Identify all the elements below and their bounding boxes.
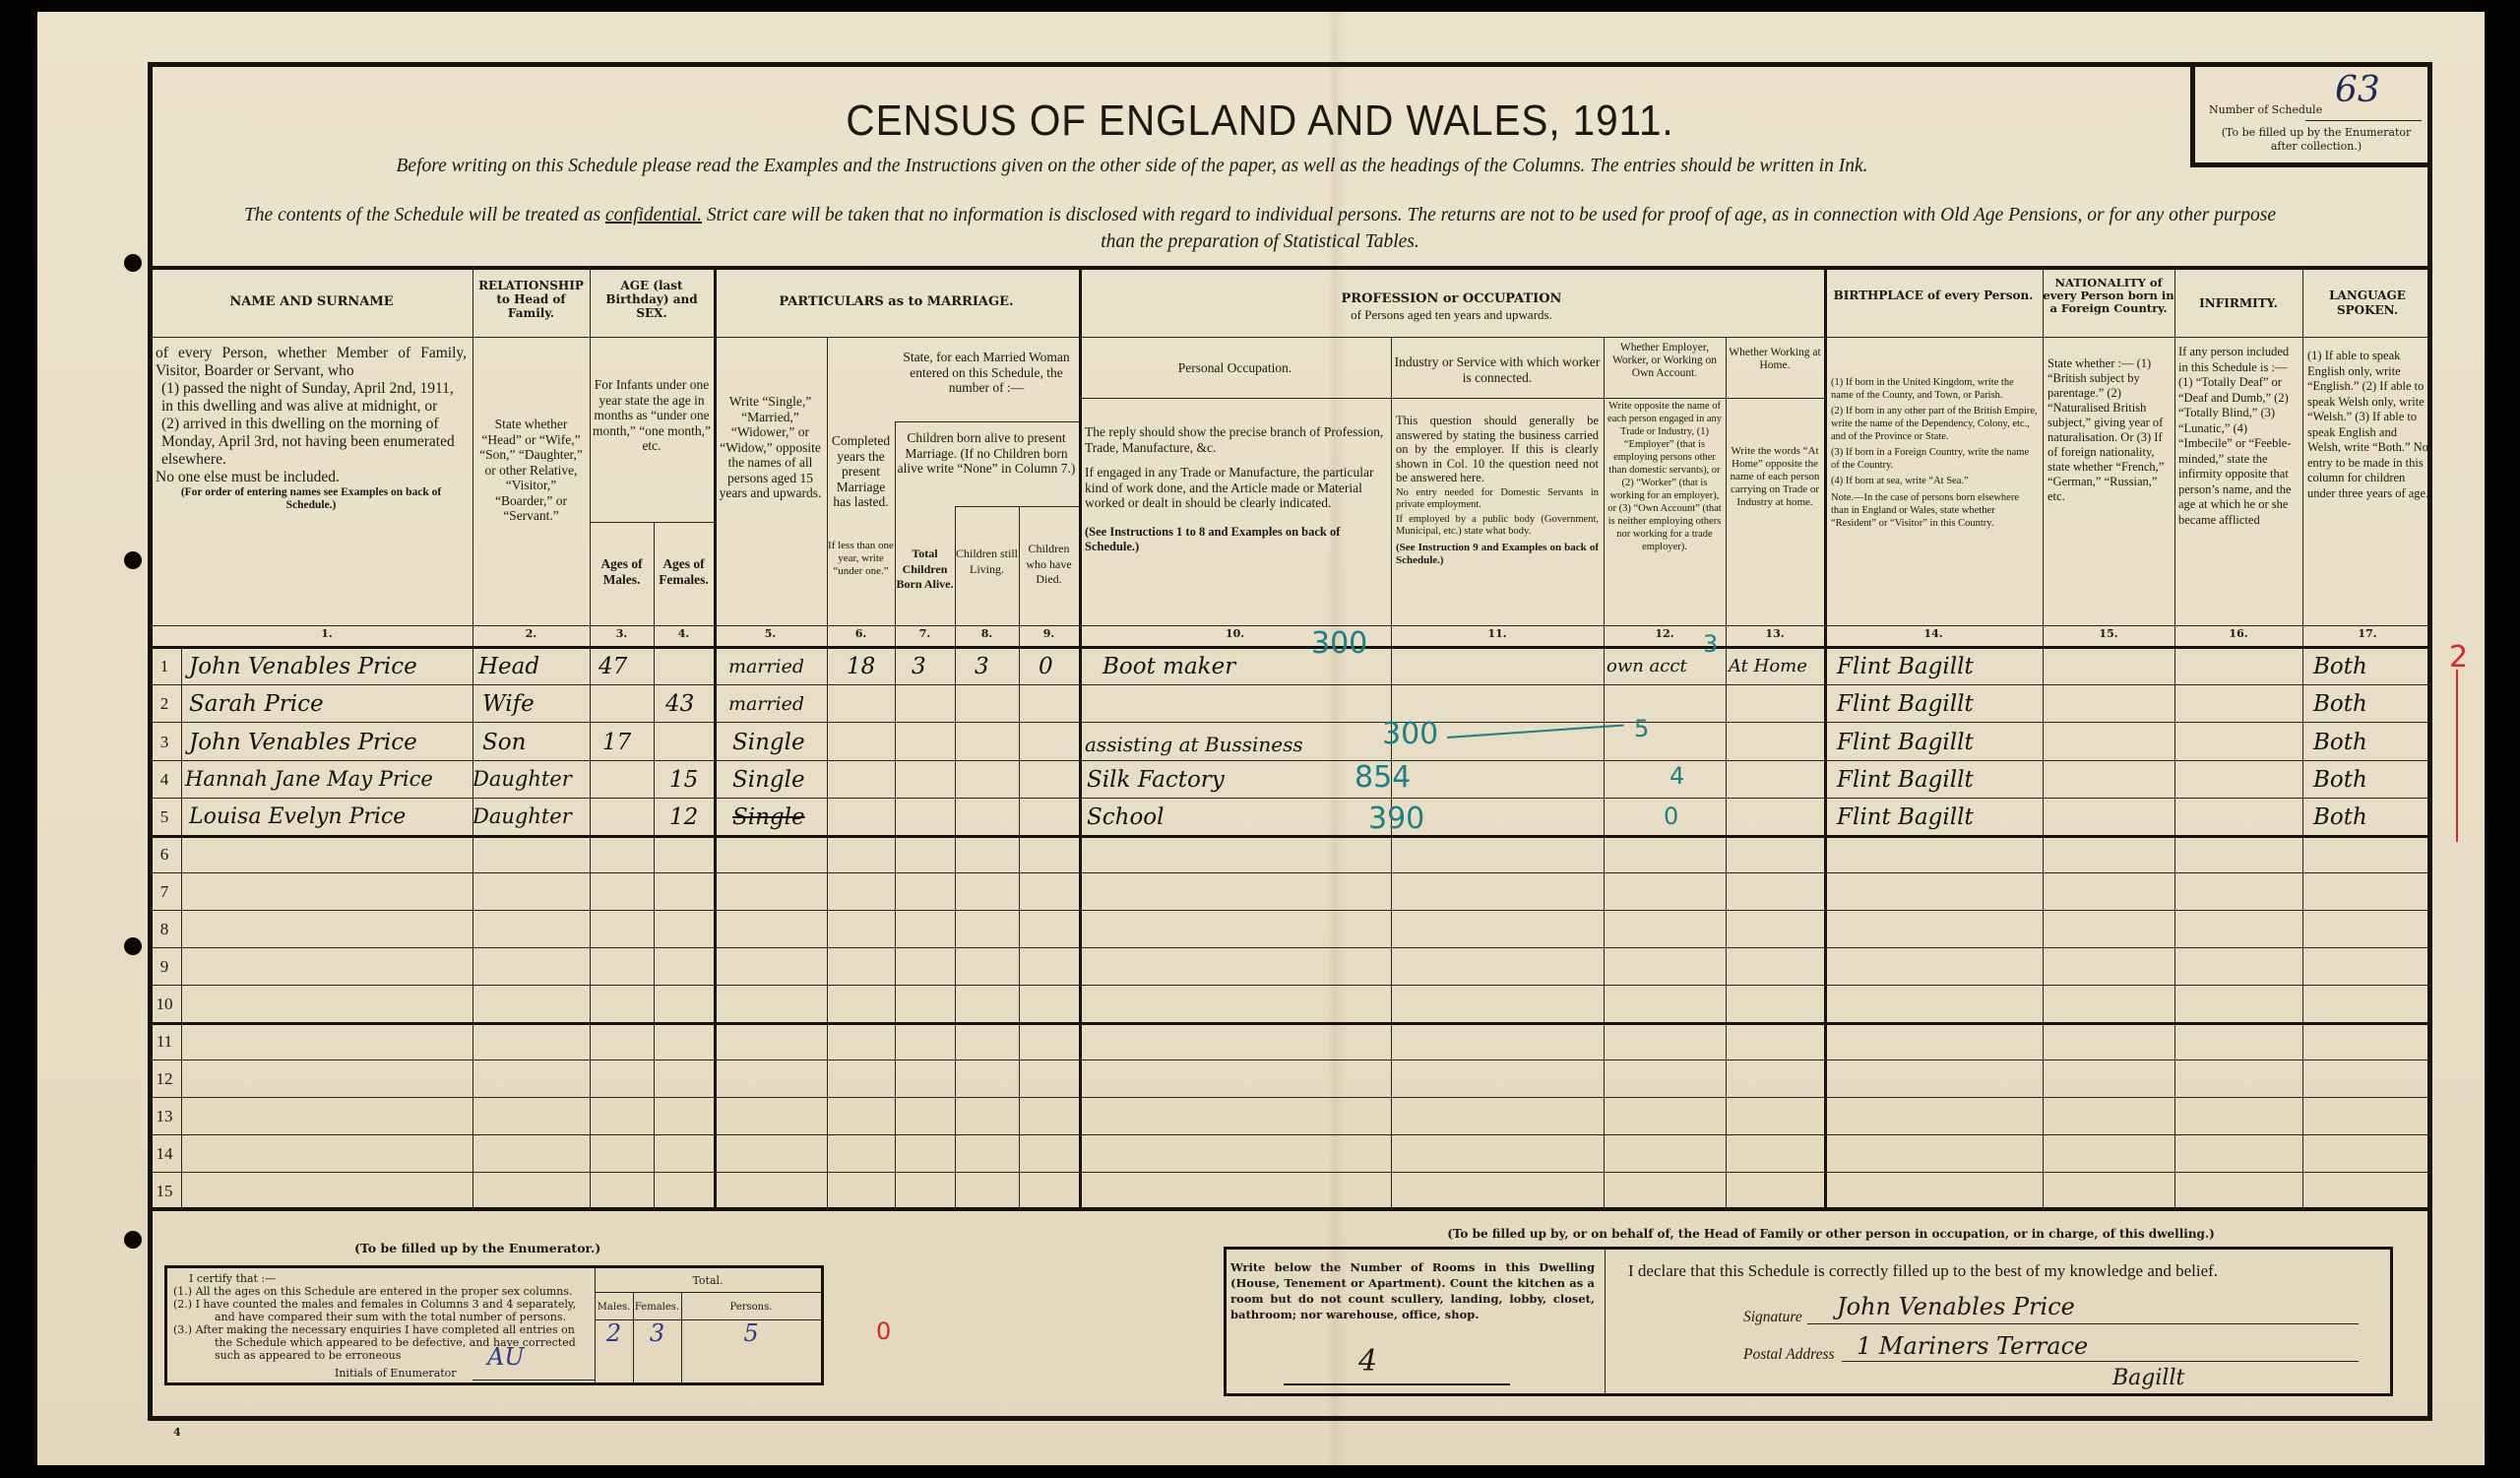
colnum-9: 9. — [1019, 627, 1079, 640]
males-label: Males. — [595, 1301, 633, 1314]
colnum-4: 4. — [654, 627, 714, 640]
desc-language: (1) If able to speak English only, write… — [2307, 349, 2429, 501]
cell-name[interactable]: Sarah Price — [189, 691, 324, 717]
cell-occupation[interactable]: Boot maker — [1102, 654, 1235, 679]
occupation-code: 390 — [1368, 802, 1424, 836]
cell-children-died[interactable]: 0 — [1039, 654, 1053, 679]
cell-age-female[interactable]: 43 — [665, 691, 694, 717]
row-line — [151, 1060, 2432, 1060]
colnum-6: 6. — [827, 627, 895, 640]
colnum-13: 13. — [1726, 627, 1824, 640]
col-line — [895, 421, 896, 1209]
cell-marriage[interactable]: Single — [732, 767, 805, 793]
row-line — [151, 910, 2432, 911]
cell-age-male[interactable]: 47 — [598, 654, 627, 679]
occupation-code: 300 — [1311, 626, 1367, 661]
cell-language[interactable]: Both — [2313, 730, 2367, 755]
desc-occupation: The reply should show the precise branch… — [1085, 424, 1385, 555]
females-label: Females. — [633, 1301, 681, 1314]
row-number: 13 — [150, 1107, 179, 1126]
cell-employment[interactable]: own acct — [1606, 656, 1687, 676]
colnum-5: 5. — [714, 627, 827, 640]
row-line — [151, 947, 2432, 948]
sub-at-home: Whether Working at Home. — [1726, 347, 1824, 372]
address-value-line2[interactable]: Bagillt — [2112, 1366, 2184, 1390]
total-males[interactable]: 2 — [595, 1327, 633, 1340]
cell-birthplace[interactable]: Flint Bagillt — [1837, 767, 1974, 793]
col-line — [2043, 266, 2044, 1209]
row-number: 2 — [150, 694, 179, 714]
row-line — [151, 1134, 2432, 1135]
head-section-heading: (To be filled up by, or on behalf of, th… — [1240, 1227, 2422, 1241]
cell-language[interactable]: Both — [2313, 804, 2367, 830]
cell-birthplace[interactable]: Flint Bagillt — [1837, 804, 1974, 830]
cell-relationship[interactable]: Son — [482, 730, 526, 755]
cell-occupation[interactable]: School — [1087, 804, 1165, 830]
desc-at-home: Write the words “At Home” opposite the n… — [1728, 445, 1822, 509]
row-number: 4 — [150, 770, 179, 790]
confidential-text-2: Strict care will be taken that no inform… — [702, 205, 2276, 225]
signature-label: Signature — [1743, 1309, 1802, 1326]
colnum-1: 1. — [181, 627, 472, 640]
cell-age-male[interactable]: 17 — [602, 730, 631, 755]
punch-hole — [124, 1231, 142, 1249]
total-label: Total. — [595, 1274, 821, 1287]
row-line — [151, 872, 2432, 873]
instruction-line: Before writing on this Schedule please r… — [148, 156, 2116, 177]
rooms-declaration-box: Write below the Number of Rooms in this … — [1224, 1247, 2393, 1396]
cell-language[interactable]: Both — [2313, 691, 2367, 717]
children-sub-divider — [955, 506, 1079, 507]
initials-value[interactable]: AU — [487, 1351, 525, 1364]
col-line — [590, 266, 591, 1209]
row-line — [151, 722, 2432, 723]
confidential-text: The contents of the Schedule will be tre… — [244, 205, 605, 225]
colnum-2: 2. — [472, 627, 590, 640]
heading-birthplace: BIRTHPLACE of every Person. — [1824, 289, 2043, 303]
cell-language[interactable]: Both — [2313, 654, 2367, 679]
col-line — [1824, 266, 1827, 1209]
row-line — [151, 985, 2432, 986]
schedule-number-label: Number of Schedule — [2209, 103, 2322, 116]
punch-hole — [124, 937, 142, 955]
row-line — [151, 684, 2432, 685]
desc-industry: This question should generally be answer… — [1396, 414, 1599, 567]
colnum-top — [151, 625, 2432, 626]
cell-birthplace[interactable]: Flint Bagillt — [1837, 730, 1974, 755]
sub-industry: Industry or Service with which worker is… — [1391, 354, 1604, 385]
cell-marriage[interactable]: married — [728, 693, 804, 715]
page-title: CENSUS OF ENGLAND AND WALES, 1911. — [100, 96, 2419, 146]
heading-name: NAME AND SURNAME — [151, 294, 472, 309]
sub-ages-males: Ages of Males. — [590, 556, 654, 587]
employment-code: 5 — [1634, 715, 1649, 742]
schedule-number-line — [2305, 120, 2422, 121]
colnum-17: 17. — [2302, 627, 2432, 640]
row-number: 8 — [150, 920, 179, 939]
total-females[interactable]: 3 — [633, 1327, 681, 1340]
age-sub-divider — [590, 522, 714, 523]
cell-name[interactable]: Louisa Evelyn Price — [189, 804, 406, 829]
desc-birthplace: (1) If born in the United Kingdom, write… — [1831, 376, 2038, 530]
red-margin-line — [2456, 670, 2458, 842]
desc-name: of every Person, whether Member of Famil… — [156, 345, 467, 512]
schedule-number-box: 63 Number of Schedule (To be filled up b… — [2190, 64, 2432, 167]
address-line — [1842, 1361, 2359, 1362]
row-line — [151, 1097, 2432, 1098]
cell-name[interactable]: John Venables Price — [189, 730, 417, 755]
rooms-instructions: Write below the Number of Rooms in this … — [1230, 1259, 1595, 1322]
cell-relationship[interactable]: Head — [478, 654, 539, 679]
cell-years-married[interactable]: 18 — [847, 654, 875, 679]
cell-age-female[interactable]: 12 — [669, 804, 698, 830]
col-line — [1079, 266, 1082, 1209]
occupation-code: 854 — [1354, 760, 1411, 795]
footer-mark: 4 — [173, 1426, 181, 1439]
col-line — [955, 506, 956, 1209]
cell-relationship[interactable]: Daughter — [472, 767, 572, 791]
row-line — [151, 1172, 2432, 1173]
heading-language: LANGUAGE SPOKEN. — [2302, 289, 2432, 318]
heading-occupation-sub: of Persons aged ten years and upwards. — [1079, 307, 1824, 323]
employment-code: 3 — [1703, 630, 1718, 658]
col-line — [181, 646, 182, 1209]
certify-item-3: (3.) After making the necessary enquirie… — [173, 1323, 575, 1336]
cell-birthplace[interactable]: Flint Bagillt — [1837, 691, 1974, 717]
heading-age: AGE (last Birthday) and SEX. — [590, 279, 714, 320]
total-persons[interactable]: 5 — [681, 1327, 821, 1340]
employment-code: 4 — [1669, 762, 1684, 790]
punch-hole — [124, 254, 142, 272]
colnum-7: 7. — [895, 627, 955, 640]
rooms-line — [1284, 1383, 1510, 1385]
desc-age: For Infants under one year state the age… — [592, 377, 712, 454]
occupation-code: 300 — [1382, 717, 1438, 751]
desc-years-married: Completed years the present Marriage has… — [828, 433, 894, 510]
cell-language[interactable]: Both — [2313, 767, 2367, 793]
marriage-sub-divider — [895, 421, 1079, 422]
cell-relationship[interactable]: Daughter — [472, 804, 572, 828]
punch-hole — [124, 551, 142, 569]
row-line — [151, 760, 2432, 761]
header-divider — [151, 337, 2432, 338]
row-number: 15 — [150, 1182, 179, 1201]
enumerator-heading: (To be filled up by the Enumerator.) — [354, 1241, 600, 1255]
col-line — [1019, 506, 1020, 1209]
certify-item-2b: and have compared their sum with the tot… — [215, 1311, 566, 1323]
schedule-number-value[interactable]: 63 — [2335, 70, 2380, 110]
cell-birthplace[interactable]: Flint Bagillt — [1837, 654, 1974, 679]
cell-children-living[interactable]: 3 — [975, 654, 989, 679]
row-number: 12 — [150, 1069, 179, 1089]
cell-marriage[interactable]: Single — [732, 730, 805, 755]
desc-married-woman: State, for each Married Woman entered on… — [896, 350, 1077, 396]
declaration-text: I declare that this Schedule is correctl… — [1628, 1261, 2218, 1281]
cell-occupation[interactable]: assisting at Bussiness — [1085, 733, 1303, 756]
cell-name[interactable]: Hannah Jane May Price — [185, 767, 433, 791]
colnum-15: 15. — [2043, 627, 2174, 640]
colnum-16: 16. — [2174, 627, 2302, 640]
cell-age-female[interactable]: 15 — [669, 767, 698, 793]
enumerator-certification-box: I certify that :— (1.) All the ages on t… — [164, 1265, 824, 1385]
heading-occupation: PROFESSION or OCCUPATION — [1079, 291, 1824, 306]
row-number: 14 — [150, 1144, 179, 1164]
desc-children-born: Children born alive to present Marriage.… — [896, 430, 1077, 477]
cell-name[interactable]: John Venables Price — [189, 654, 417, 679]
row-line — [151, 1022, 2432, 1025]
col-line — [1604, 337, 1605, 1209]
certify-item-3c: such as appeared to be erroneous — [215, 1349, 401, 1362]
initials-line — [472, 1380, 596, 1381]
persons-label: Persons. — [681, 1301, 821, 1314]
colnum-11: 11. — [1391, 627, 1604, 640]
colnum-8: 8. — [955, 627, 1019, 640]
red-margin-mark: 2 — [2449, 640, 2468, 675]
desc-years-married-small: If less than one year, write “under one.… — [828, 540, 894, 578]
rooms-value[interactable]: 4 — [1358, 1344, 1377, 1379]
desc-relationship: State whether “Head” or “Wife,” “Son,” “… — [475, 417, 587, 524]
schedule-number-note: (To be filled up by the Enumerator after… — [2209, 126, 2424, 154]
rooms-divider — [1605, 1250, 1606, 1393]
employment-code: 0 — [1664, 803, 1678, 830]
row-number: 7 — [150, 882, 179, 902]
cell-at-home[interactable]: At Home — [1729, 656, 1807, 676]
signature-value[interactable]: John Venables Price — [1837, 1293, 2075, 1320]
desc-infirmity: If any person included in this Schedule … — [2178, 345, 2299, 528]
totals-divider-h2 — [595, 1319, 821, 1320]
desc-nationality: State whether :— (1) “British subject by… — [2047, 356, 2170, 504]
address-label: Postal Address — [1743, 1346, 1835, 1364]
confidential-text-3: than the preparation of Statistical Tabl… — [1101, 231, 1419, 252]
cell-marriage[interactable]: married — [728, 656, 804, 677]
col-line — [1726, 337, 1727, 1209]
row-number: 6 — [150, 845, 179, 865]
row-number: 1 — [150, 657, 179, 676]
address-value-line1[interactable]: 1 Mariners Terrace — [1857, 1332, 2088, 1360]
red-zero-mark: 0 — [876, 1317, 891, 1345]
cell-marriage[interactable]: Single — [732, 804, 805, 830]
sub-total-children: Total Children Born Alive. — [896, 546, 954, 593]
row-number: 10 — [150, 995, 179, 1014]
row-number: 9 — [150, 957, 179, 977]
row-line — [151, 798, 2432, 799]
confidential-notice: The contents of the Schedule will be tre… — [157, 202, 2362, 255]
sub-ages-females: Ages of Females. — [654, 556, 714, 587]
heading-infirmity: INFIRMITY. — [2174, 296, 2302, 311]
certify-item-1: (1.) All the ages on this Schedule are e… — [173, 1285, 573, 1298]
sub-children-living: Children still Living. — [955, 546, 1019, 577]
heading-marriage: PARTICULARS as to MARRIAGE. — [714, 294, 1079, 309]
row-number: 11 — [150, 1032, 179, 1052]
totals-divider-h — [595, 1292, 821, 1293]
signature-line — [1807, 1323, 2359, 1324]
row-number: 3 — [150, 733, 179, 752]
sub-personal-occupation: Personal Occupation. — [1079, 360, 1391, 376]
col-line — [2174, 266, 2175, 1209]
confidential-word: confidential. — [605, 205, 702, 225]
cell-occupation[interactable]: Silk Factory — [1087, 767, 1225, 793]
colnum-bottom — [151, 646, 2432, 649]
certify-item-2: (2.) I have counted the males and female… — [173, 1298, 576, 1311]
cell-children-born[interactable]: 3 — [912, 654, 926, 679]
colnum-14: 14. — [1824, 627, 2043, 640]
sub-employment: Whether Employer, Worker, or Working on … — [1604, 342, 1726, 380]
col-line — [2302, 266, 2303, 1209]
sub-children-died: Children who have Died. — [1019, 542, 1079, 588]
occupation-sub-divider — [1079, 398, 1824, 399]
heading-nationality: NATIONALITY of every Person born in a Fo… — [2043, 277, 2174, 315]
cell-relationship[interactable]: Wife — [482, 691, 535, 717]
heading-relationship: RELATIONSHIP to Head of Family. — [472, 279, 590, 320]
certify-text: I certify that :— — [189, 1272, 276, 1285]
colnum-3: 3. — [590, 627, 654, 640]
row-number: 5 — [150, 807, 179, 827]
col-line — [472, 266, 473, 1209]
desc-employment: Write opposite the name of each person e… — [1606, 400, 1724, 553]
initials-label: Initials of Enumerator — [335, 1367, 457, 1380]
desc-marriage-status: Write “Single,” “Married,” “Widower,” or… — [717, 394, 824, 501]
row-line — [151, 835, 2432, 838]
